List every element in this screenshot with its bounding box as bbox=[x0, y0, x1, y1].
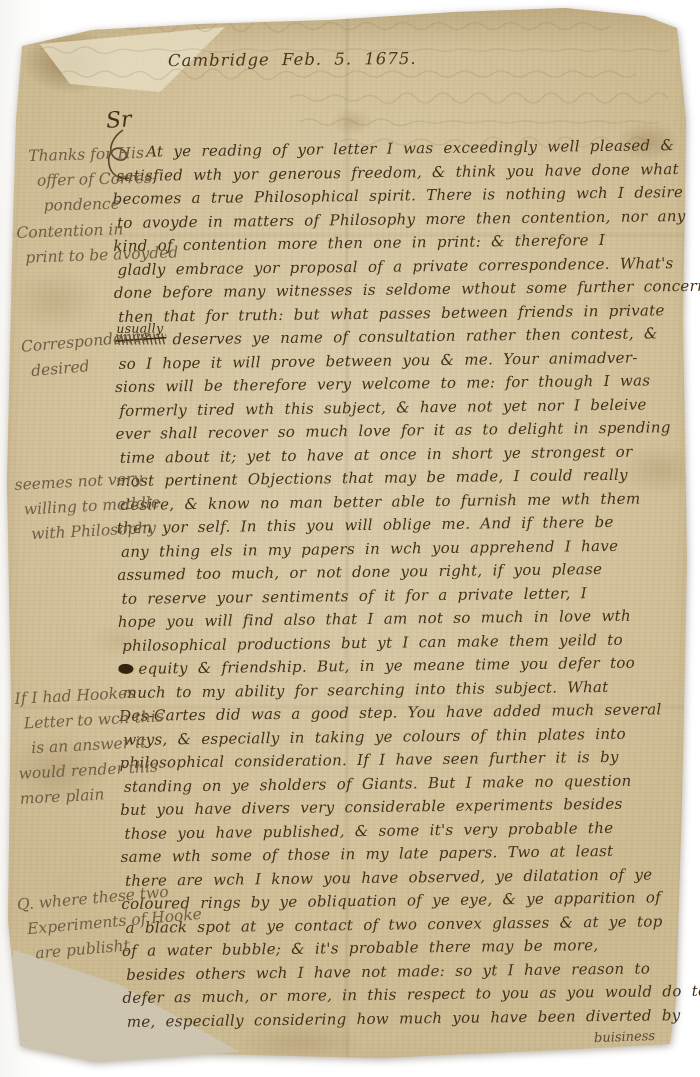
catchword: buisiness bbox=[594, 1029, 656, 1046]
margin-note-line: pondence bbox=[29, 191, 158, 219]
scanned-letter-page: Cambridge Feb. 5. 1675. Sr At ye reading… bbox=[0, 0, 700, 1077]
ink-blot bbox=[118, 664, 133, 674]
margin-note-line: offer of Corres- bbox=[29, 166, 158, 194]
dateline: Cambridge Feb. 5. 1675. bbox=[168, 49, 417, 70]
margin-note: seemes not verywilling to meddlewith Phi… bbox=[14, 465, 162, 547]
margin-note-line: Thanks for His bbox=[28, 141, 157, 169]
letter-line-text: equity & friendship. But, in ye meane ti… bbox=[138, 654, 635, 678]
margin-note: Q. where these twoExperiments of Hookear… bbox=[16, 877, 205, 968]
letter-line-text: deserves ye name of consultation rather … bbox=[172, 324, 657, 348]
margin-note: Thanks for Hisoffer of Corres-pondence bbox=[28, 141, 158, 219]
margin-note: If I had HookesLetter to wch thisis an a… bbox=[14, 679, 168, 812]
margin-note: Contention inprint to be avoyded bbox=[16, 215, 179, 271]
